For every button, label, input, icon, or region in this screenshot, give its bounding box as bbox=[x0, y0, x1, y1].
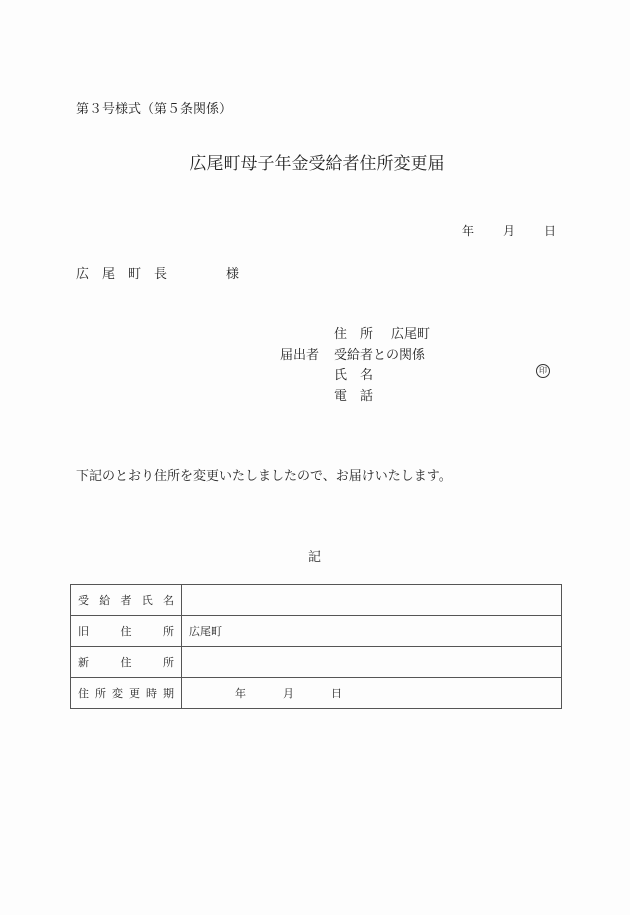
applicant-role-label: 届出者 bbox=[280, 344, 319, 363]
old-address-value[interactable]: 広尾町 bbox=[182, 616, 562, 647]
label-char: 期 bbox=[163, 685, 174, 701]
table-row: 受給者氏名 bbox=[71, 585, 562, 616]
new-address-value[interactable] bbox=[182, 647, 562, 678]
recipient-name-value[interactable] bbox=[182, 585, 562, 616]
date-day-label: 日 bbox=[544, 222, 556, 239]
period-month-label: 月 bbox=[283, 685, 331, 701]
period-day-label: 日 bbox=[331, 685, 342, 701]
addressee: 広尾町長様 bbox=[76, 263, 239, 282]
seal-icon: 印 bbox=[536, 364, 550, 378]
label-char: 時 bbox=[146, 685, 157, 701]
label-char: 名 bbox=[163, 592, 174, 608]
label-char: 住 bbox=[121, 654, 132, 670]
label-char: 者 bbox=[121, 592, 132, 608]
change-period-value[interactable]: 年月日 bbox=[182, 678, 562, 709]
recipient-name-label: 受給者氏名 bbox=[71, 585, 182, 616]
period-year-label: 年 bbox=[235, 685, 283, 701]
document-title: 広尾町母子年金受給者住所変更届 bbox=[0, 149, 630, 174]
old-address-label: 旧住所 bbox=[71, 616, 182, 647]
detail-table: 受給者氏名 旧住所 広尾町 新住所 住所変更時期 年月日 bbox=[70, 584, 562, 709]
addressee-char: 長 bbox=[154, 263, 226, 282]
label-char: 氏 bbox=[142, 592, 153, 608]
addressee-char: 広 bbox=[76, 263, 102, 282]
label-char: 更 bbox=[129, 685, 140, 701]
relationship-label: 受給者との関係 bbox=[334, 344, 425, 363]
address-label: 住 所 bbox=[334, 323, 373, 342]
addressee-char: 尾 bbox=[102, 263, 128, 282]
date-month-label: 月 bbox=[503, 222, 515, 239]
address-value[interactable]: 広尾町 bbox=[391, 323, 430, 342]
label-char: 給 bbox=[99, 592, 110, 608]
new-address-label: 新住所 bbox=[71, 647, 182, 678]
phone-label: 電 話 bbox=[334, 385, 373, 404]
table-row: 新住所 bbox=[71, 647, 562, 678]
addressee-honorific: 様 bbox=[226, 263, 239, 282]
label-char: 変 bbox=[112, 685, 123, 701]
addressee-char: 町 bbox=[128, 263, 154, 282]
label-char: 受 bbox=[78, 592, 89, 608]
label-char: 住 bbox=[121, 623, 132, 639]
table-row: 旧住所 広尾町 bbox=[71, 616, 562, 647]
label-char: 所 bbox=[163, 654, 174, 670]
name-label: 氏 名 bbox=[334, 364, 373, 383]
form-number: 第３号様式（第５条関係） bbox=[76, 98, 232, 117]
label-char: 旧 bbox=[78, 623, 89, 639]
label-char: 住 bbox=[78, 685, 89, 701]
ki-heading: 記 bbox=[308, 546, 321, 565]
label-char: 新 bbox=[78, 654, 89, 670]
statement-text: 下記のとおり住所を変更いたしましたので、お届けいたします。 bbox=[76, 465, 452, 484]
date-year-label: 年 bbox=[462, 222, 474, 239]
label-char: 所 bbox=[163, 623, 174, 639]
table-row: 住所変更時期 年月日 bbox=[71, 678, 562, 709]
label-char: 所 bbox=[95, 685, 106, 701]
change-period-label: 住所変更時期 bbox=[71, 678, 182, 709]
